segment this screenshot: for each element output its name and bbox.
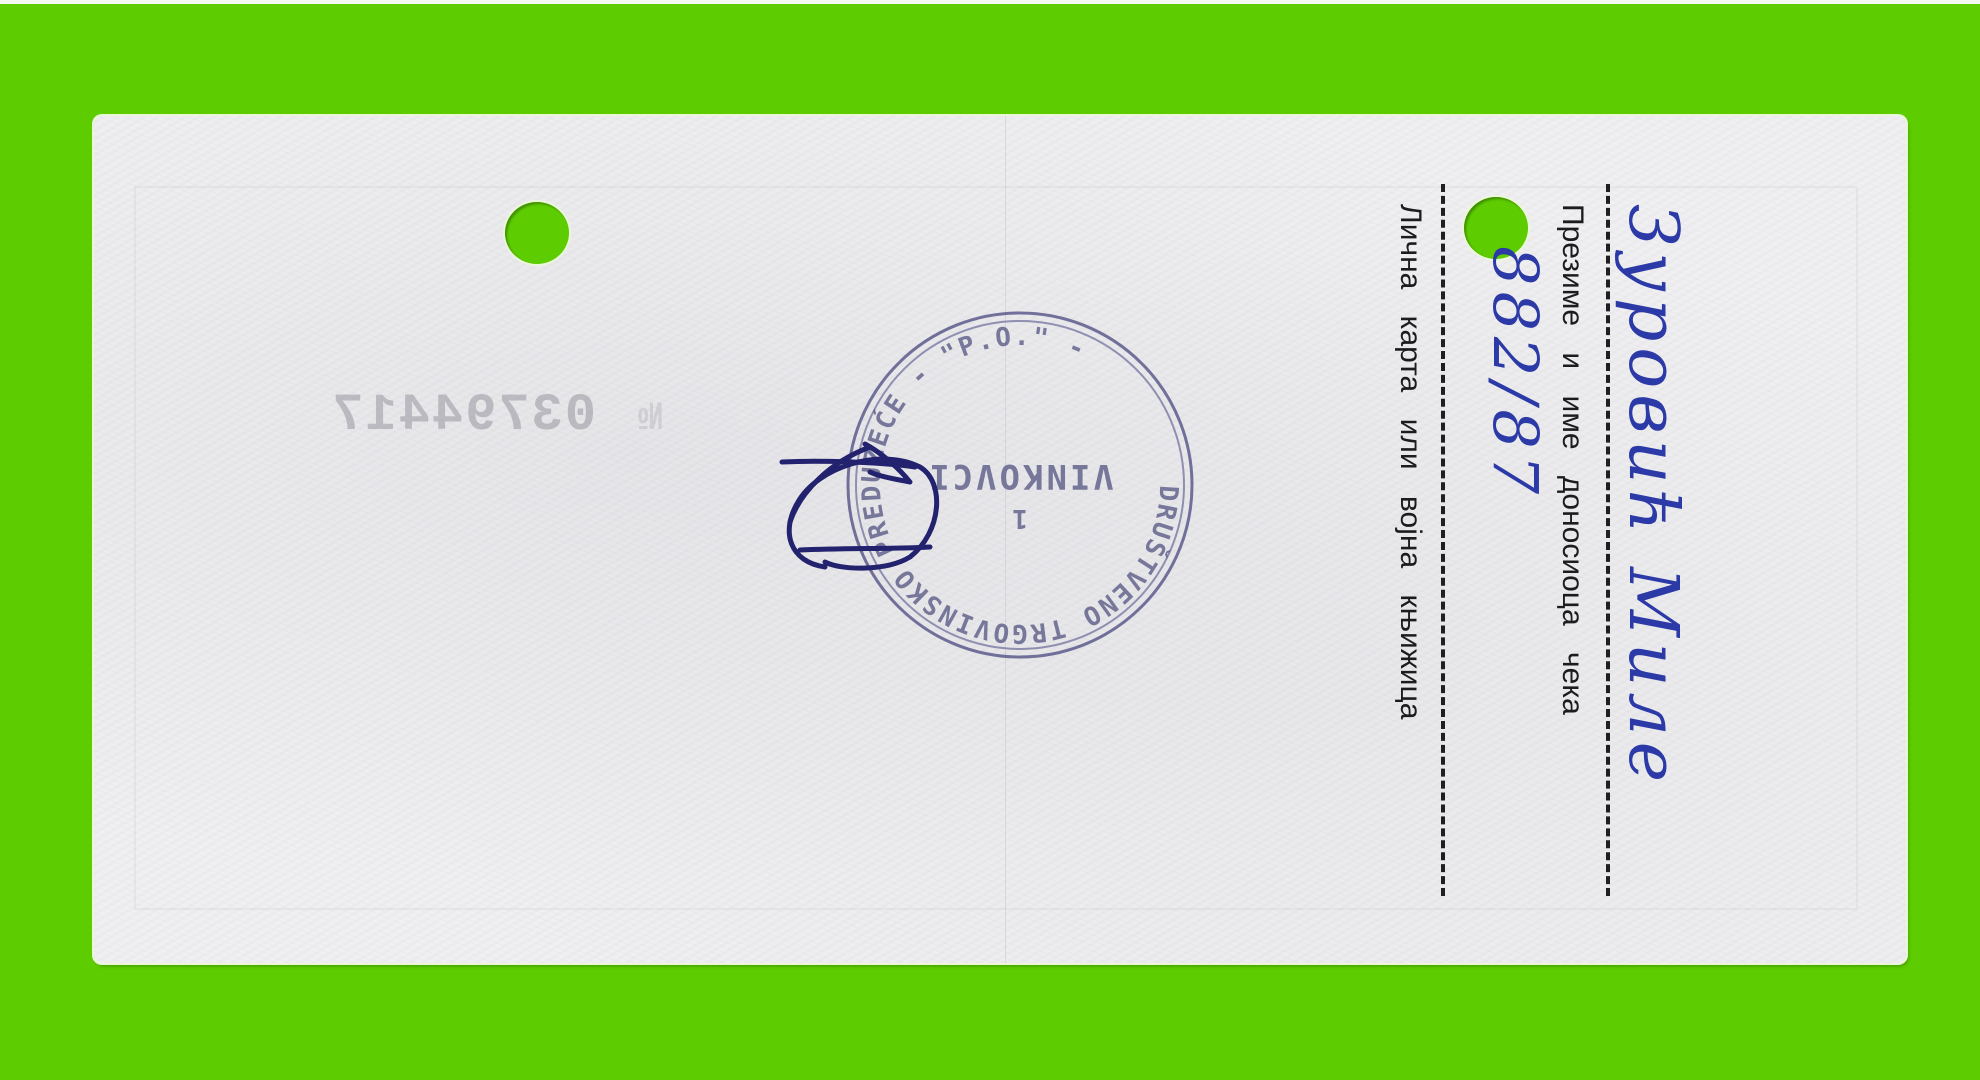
label-id-document: Лична карта или војна књижица — [1387, 204, 1427, 924]
top-edge-strip — [0, 0, 1980, 4]
serial-value: 03794417 — [330, 386, 596, 445]
handwritten-id-number: 882/87 — [1479, 246, 1552, 500]
field-line-name — [1606, 184, 1610, 896]
stamp-center-number: 1 — [1012, 503, 1028, 533]
cheque-paper: №03794417 DRUŠTVENO TRGOVINSKO PREDUZEĆE… — [94, 116, 1906, 963]
punch-hole-left — [505, 202, 569, 264]
handwritten-holder-name: Зуровић Миле — [1613, 204, 1692, 788]
label-holder-name: Презиме и име доносиоца чека — [1549, 204, 1589, 924]
serial-prefix: № — [636, 397, 662, 442]
field-line-id — [1441, 184, 1445, 896]
stamp-city: VINKOVCI — [926, 456, 1114, 496]
serial-number-mirrored: №03794417 — [242, 386, 662, 446]
signature-scribble — [770, 422, 950, 572]
